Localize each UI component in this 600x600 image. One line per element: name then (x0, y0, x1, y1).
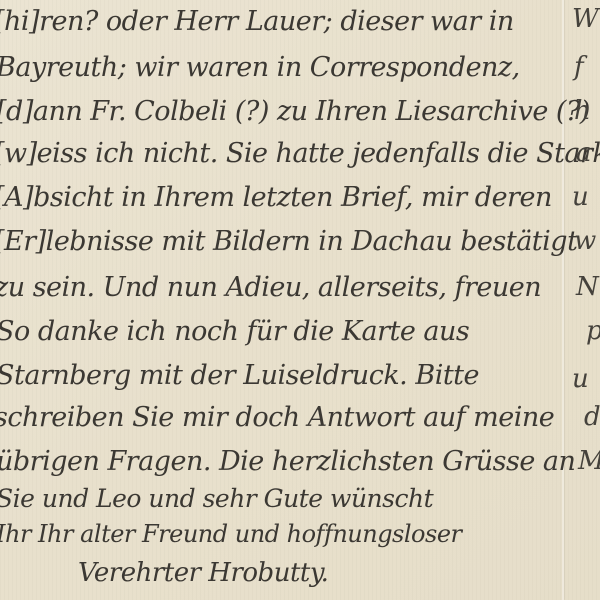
page-fold (562, 0, 564, 600)
text-line: So danke ich noch für die Karte aus (0, 316, 469, 347)
edge-fragment: f (574, 52, 584, 82)
edge-fragment: u (572, 364, 589, 394)
text-line: Bayreuth; wir waren in Correspondenz, (0, 52, 520, 83)
text-line: [Er]lebnisse mit Bildern in Dachau bestä… (0, 226, 577, 257)
text-line: schreiben Sie mir doch Antwort auf meine (0, 402, 554, 433)
edge-fragment: W (572, 4, 599, 34)
edge-fragment: M (578, 446, 600, 476)
signature: Verehrter Hrobutty. (78, 558, 328, 588)
letter-sheet: [hi]ren? oder Herr Lauer; dieser war in … (0, 0, 600, 600)
text-line: zu sein. Und nun Adieu, allerseits, freu… (0, 272, 541, 303)
text-line: [w]eiss ich nicht. Sie hatte jedenfalls … (0, 138, 600, 169)
text-line: Sie und Leo und sehr Gute wünscht (0, 484, 433, 513)
text-line: [A]bsicht in Ihrem letzten Brief, mir de… (0, 182, 552, 213)
text-line: [d]ann Fr. Colbeli (?) zu Ihren Liesarch… (0, 96, 590, 127)
edge-fragment: a (576, 138, 592, 168)
text-line: [hi]ren? oder Herr Lauer; dieser war in (0, 6, 514, 37)
edge-fragment: N (576, 272, 599, 302)
edge-fragment: d (584, 402, 600, 432)
edge-fragment: h (574, 96, 591, 126)
edge-fragment: p (586, 316, 600, 346)
text-line: Starnberg mit der Luiseldruck. Bitte (0, 360, 479, 391)
text-line: übrigen Fragen. Die herzlichsten Grüsse … (0, 446, 575, 477)
text-line: Ihr Ihr alter Freund und hoffnungsloser (0, 520, 462, 548)
edge-fragment: w (574, 226, 596, 256)
edge-fragment: u (572, 182, 589, 212)
